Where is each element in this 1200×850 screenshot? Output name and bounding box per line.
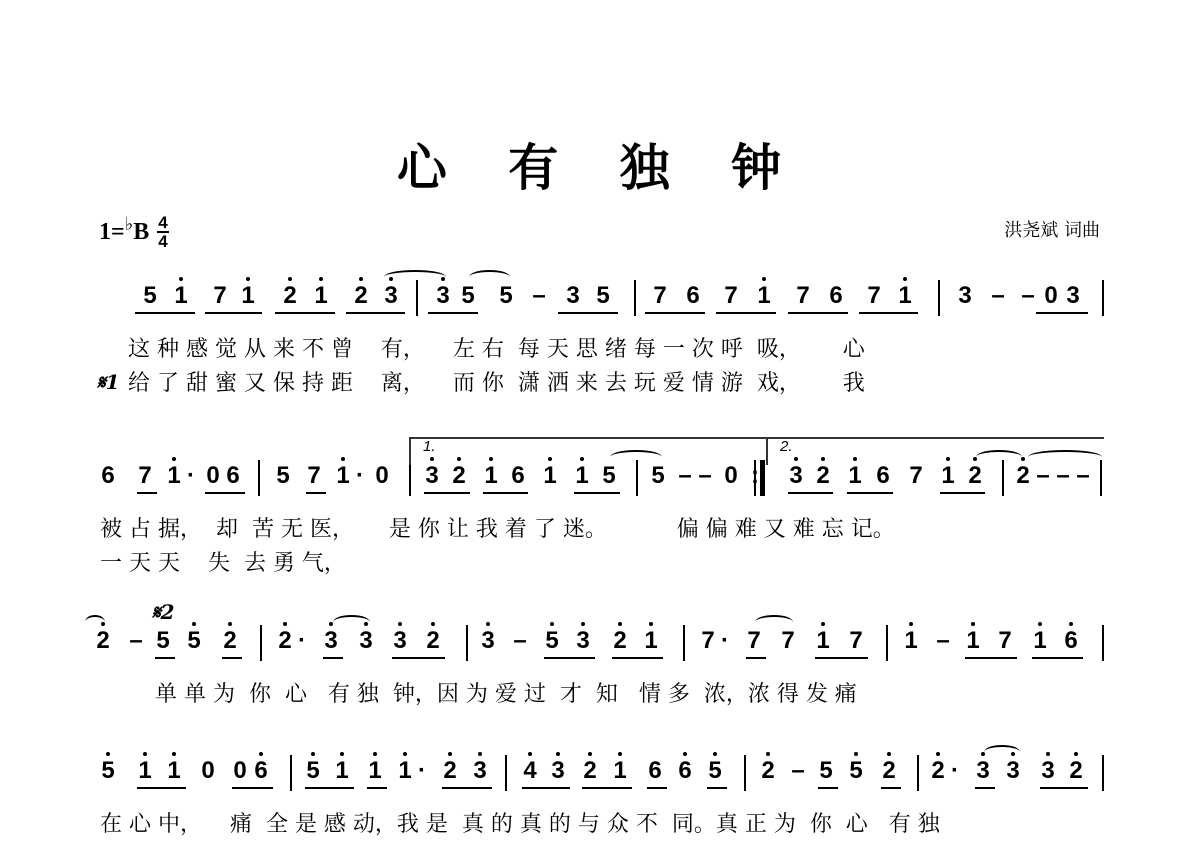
beam-underline bbox=[323, 657, 343, 659]
beam-underline bbox=[1032, 657, 1083, 659]
octave-dot bbox=[283, 622, 287, 626]
jianpu-note: 2 bbox=[879, 757, 899, 785]
octave-dot bbox=[478, 752, 482, 756]
jianpu-note: 3 bbox=[548, 757, 568, 785]
jianpu-note: 2 bbox=[1066, 757, 1086, 785]
barline bbox=[754, 460, 756, 496]
time-signature: 4 4 bbox=[157, 214, 168, 250]
jianpu-note: 4 bbox=[520, 757, 540, 785]
octave-dot bbox=[319, 277, 323, 281]
jianpu-note: 3 bbox=[390, 627, 410, 655]
beam-underline bbox=[232, 787, 273, 789]
octave-dot bbox=[1074, 752, 1078, 756]
jianpu-note: 1 bbox=[963, 627, 983, 655]
dot-extension: · bbox=[412, 757, 432, 785]
beam-underline bbox=[205, 312, 262, 314]
jianpu-note: 6 bbox=[98, 462, 118, 490]
beam-underline bbox=[483, 492, 528, 494]
beam-underline bbox=[428, 312, 478, 314]
dot-extension: · bbox=[945, 757, 965, 785]
jianpu-note: 7 bbox=[846, 627, 866, 655]
slur-tie bbox=[755, 615, 793, 629]
jianpu-note: 7 bbox=[304, 462, 324, 490]
jianpu-note: 2 bbox=[220, 627, 240, 655]
beam-underline bbox=[1036, 312, 1088, 314]
slur-tie bbox=[384, 270, 446, 284]
barline bbox=[505, 755, 507, 791]
jianpu-note: 6 bbox=[873, 462, 893, 490]
octave-dot bbox=[340, 752, 344, 756]
octave-dot bbox=[683, 752, 687, 756]
jianpu-note: 1 bbox=[641, 627, 661, 655]
jianpu-note: 1 bbox=[845, 462, 865, 490]
beam-underline bbox=[582, 787, 632, 789]
jianpu-note: 3 bbox=[786, 462, 806, 490]
key-prefix: 1= bbox=[99, 219, 125, 246]
octave-dot bbox=[106, 752, 110, 756]
jianpu-note: 0 bbox=[203, 462, 223, 490]
jianpu-note: 7 bbox=[744, 627, 764, 655]
beam-underline bbox=[558, 312, 618, 314]
jianpu-note: 7 bbox=[864, 282, 884, 310]
barline bbox=[1002, 460, 1004, 496]
jianpu-note: 1 bbox=[754, 282, 774, 310]
dash-note: – bbox=[529, 282, 549, 310]
beam-underline bbox=[392, 657, 445, 659]
jianpu-note: 3 bbox=[563, 282, 583, 310]
barline bbox=[1100, 460, 1102, 496]
octave-dot bbox=[762, 277, 766, 281]
beam-underline bbox=[818, 787, 838, 789]
jianpu-note: 5 bbox=[184, 627, 204, 655]
barline bbox=[466, 625, 468, 661]
beam-underline bbox=[424, 492, 470, 494]
beam-underline bbox=[306, 492, 326, 494]
octave-dot bbox=[550, 622, 554, 626]
dash-note: – bbox=[1033, 462, 1053, 490]
jianpu-note: 5 bbox=[542, 627, 562, 655]
beam-underline bbox=[965, 657, 1017, 659]
beam-underline bbox=[746, 657, 766, 659]
dot-extension: · bbox=[292, 627, 312, 655]
segno-icon: 𝄋2 bbox=[152, 600, 175, 624]
jianpu-note: 1 bbox=[938, 462, 958, 490]
slur-tie bbox=[333, 615, 370, 629]
dash-note: – bbox=[1018, 282, 1038, 310]
octave-dot bbox=[556, 752, 560, 756]
jianpu-note: 0 bbox=[1041, 282, 1061, 310]
jianpu-note: 2 bbox=[440, 757, 460, 785]
beam-underline bbox=[442, 787, 492, 789]
jianpu-note: 7 bbox=[778, 627, 798, 655]
jianpu-note: 5 bbox=[846, 757, 866, 785]
jianpu-note: 2 bbox=[965, 462, 985, 490]
barline bbox=[938, 280, 940, 316]
octave-dot bbox=[373, 752, 377, 756]
jianpu-note: 3 bbox=[356, 627, 376, 655]
jianpu-note: 7 bbox=[135, 462, 155, 490]
dash-note: – bbox=[1053, 462, 1073, 490]
lyric-line: 单 单 为 你 心 有 独 钟，因 为 爱 过 才 知 情 多 浓，浓 得 发 … bbox=[155, 677, 857, 708]
octave-dot bbox=[143, 752, 147, 756]
key-signature: 1= ♭ B 4 4 bbox=[99, 214, 169, 250]
octave-dot bbox=[903, 277, 907, 281]
jianpu-note: 6 bbox=[826, 282, 846, 310]
jianpu-note: 1 bbox=[238, 282, 258, 310]
segno-icon: 𝄋1 bbox=[97, 370, 120, 394]
octave-dot bbox=[172, 457, 176, 461]
octave-dot bbox=[228, 622, 232, 626]
jianpu-note: 6 bbox=[683, 282, 703, 310]
barline bbox=[886, 625, 888, 661]
octave-dot bbox=[246, 277, 250, 281]
octave-dot bbox=[259, 752, 263, 756]
jianpu-note: 3 bbox=[1003, 757, 1023, 785]
jianpu-note: 7 bbox=[793, 282, 813, 310]
barline bbox=[744, 755, 746, 791]
jianpu-note: 3 bbox=[422, 462, 442, 490]
barline bbox=[290, 755, 292, 791]
barline bbox=[409, 460, 411, 496]
barline bbox=[917, 755, 919, 791]
jianpu-note: 6 bbox=[645, 757, 665, 785]
jianpu-note: 2 bbox=[93, 627, 113, 655]
octave-dot bbox=[359, 277, 363, 281]
jianpu-note: 0 bbox=[372, 462, 392, 490]
jianpu-note: 6 bbox=[251, 757, 271, 785]
octave-dot bbox=[448, 752, 452, 756]
jianpu-note: 1 bbox=[901, 627, 921, 655]
octave-dot bbox=[971, 622, 975, 626]
octave-dot bbox=[1046, 752, 1050, 756]
jianpu-note: 7 bbox=[721, 282, 741, 310]
lyric-line: 这 种 感 觉 从 来 不 曾 有， 左 右 每 天 思 绪 每 一 次 呼 吸… bbox=[128, 332, 865, 363]
octave-dot bbox=[1038, 622, 1042, 626]
octave-dot bbox=[713, 752, 717, 756]
time-numerator: 4 bbox=[157, 214, 168, 233]
beam-underline bbox=[137, 787, 186, 789]
jianpu-note: 6 bbox=[223, 462, 243, 490]
jianpu-note: 5 bbox=[458, 282, 478, 310]
dash-note: – bbox=[788, 757, 808, 785]
beam-underline bbox=[135, 312, 195, 314]
octave-dot bbox=[618, 622, 622, 626]
jianpu-note: 3 bbox=[433, 282, 453, 310]
barline bbox=[260, 625, 262, 661]
jianpu-note: 5 bbox=[599, 462, 619, 490]
jianpu-note: 2 bbox=[351, 282, 371, 310]
beam-underline bbox=[346, 312, 405, 314]
jianpu-note: 3 bbox=[1038, 757, 1058, 785]
octave-dot bbox=[618, 752, 622, 756]
jianpu-note: 2 bbox=[423, 627, 443, 655]
jianpu-note: 1 bbox=[1030, 627, 1050, 655]
beam-underline bbox=[788, 492, 833, 494]
slur-tie bbox=[469, 270, 510, 284]
jianpu-note: 7 bbox=[210, 282, 230, 310]
jianpu-note: 2 bbox=[449, 462, 469, 490]
jianpu-note: 0 bbox=[198, 757, 218, 785]
jianpu-note: 1 bbox=[610, 757, 630, 785]
dash-note: – bbox=[126, 627, 146, 655]
octave-dot bbox=[528, 752, 532, 756]
repeat-barline bbox=[760, 460, 765, 496]
jianpu-note: 1 bbox=[171, 282, 191, 310]
volta-label: 2. bbox=[780, 438, 793, 455]
jianpu-note: 5 bbox=[273, 462, 293, 490]
jianpu-note: 1 bbox=[895, 282, 915, 310]
octave-dot bbox=[288, 277, 292, 281]
octave-dot bbox=[649, 622, 653, 626]
jianpu-note: 7 bbox=[995, 627, 1015, 655]
author-credit: 洪尧斌 词曲 bbox=[1004, 216, 1100, 242]
beam-underline bbox=[881, 787, 901, 789]
jianpu-note: 7 bbox=[650, 282, 670, 310]
dash-note: – bbox=[510, 627, 530, 655]
octave-dot bbox=[909, 622, 913, 626]
volta-label: 1. bbox=[423, 438, 436, 455]
beam-underline bbox=[544, 657, 595, 659]
jianpu-note: 1 bbox=[365, 757, 385, 785]
jianpu-note: 3 bbox=[573, 627, 593, 655]
octave-dot bbox=[192, 622, 196, 626]
beam-underline bbox=[205, 492, 245, 494]
barline bbox=[1102, 280, 1104, 316]
jianpu-note: 3 bbox=[973, 757, 993, 785]
beam-underline bbox=[940, 492, 985, 494]
beam-underline bbox=[716, 312, 776, 314]
jianpu-note: 3 bbox=[470, 757, 490, 785]
jianpu-note: 1 bbox=[135, 757, 155, 785]
barline bbox=[634, 280, 636, 316]
octave-dot bbox=[486, 622, 490, 626]
dot-extension: · bbox=[715, 627, 735, 655]
octave-dot bbox=[403, 752, 407, 756]
beam-underline bbox=[522, 787, 570, 789]
jianpu-note: 3 bbox=[381, 282, 401, 310]
jianpu-note: 1 bbox=[813, 627, 833, 655]
jianpu-note: 3 bbox=[478, 627, 498, 655]
octave-dot bbox=[311, 752, 315, 756]
key-note: B bbox=[133, 219, 149, 246]
beam-underline bbox=[222, 657, 242, 659]
beam-underline bbox=[859, 312, 918, 314]
jianpu-note: 6 bbox=[675, 757, 695, 785]
barline bbox=[636, 460, 638, 496]
beam-underline bbox=[367, 787, 387, 789]
dash-note: – bbox=[933, 627, 953, 655]
barline bbox=[258, 460, 260, 496]
barline bbox=[1102, 625, 1104, 661]
octave-dot bbox=[398, 622, 402, 626]
beam-underline bbox=[788, 312, 848, 314]
jianpu-note: 1 bbox=[540, 462, 560, 490]
barline bbox=[1102, 755, 1104, 791]
jianpu-note: 2 bbox=[1013, 462, 1033, 490]
octave-dot bbox=[821, 622, 825, 626]
beam-underline bbox=[137, 492, 157, 494]
beam-underline bbox=[847, 492, 893, 494]
lyric-line: 给 了 甜 蜜 又 保 持 距 离， 而 你 潇 洒 来 去 玩 爱 情 游 戏… bbox=[128, 366, 865, 397]
lyric-line: 在 心 中， 痛 全 是 感 动，我 是 真 的 真 的 与 众 不 同。真 正… bbox=[100, 807, 940, 838]
beam-underline bbox=[155, 657, 175, 659]
jianpu-note: 5 bbox=[705, 757, 725, 785]
jianpu-note: 2 bbox=[610, 627, 630, 655]
dash-note: – bbox=[695, 462, 715, 490]
jianpu-note: 1 bbox=[481, 462, 501, 490]
beam-underline bbox=[612, 657, 663, 659]
octave-dot bbox=[172, 752, 176, 756]
beam-underline bbox=[1040, 787, 1088, 789]
octave-dot bbox=[431, 622, 435, 626]
jianpu-note: 2 bbox=[758, 757, 778, 785]
dash-note: – bbox=[988, 282, 1008, 310]
jianpu-note: 5 bbox=[98, 757, 118, 785]
jianpu-note: 5 bbox=[153, 627, 173, 655]
beam-underline bbox=[707, 787, 727, 789]
beam-underline bbox=[645, 312, 705, 314]
octave-dot bbox=[581, 622, 585, 626]
jianpu-note: 0 bbox=[230, 757, 250, 785]
jianpu-note: 3 bbox=[321, 627, 341, 655]
beam-underline bbox=[275, 312, 335, 314]
octave-dot bbox=[766, 752, 770, 756]
jianpu-note: 2 bbox=[813, 462, 833, 490]
beam-underline bbox=[815, 657, 868, 659]
jianpu-note: 7 bbox=[906, 462, 926, 490]
dot-extension: · bbox=[350, 462, 370, 490]
jianpu-note: 2 bbox=[280, 282, 300, 310]
beam-underline bbox=[975, 787, 995, 789]
jianpu-note: 5 bbox=[303, 757, 323, 785]
octave-dot bbox=[936, 752, 940, 756]
octave-dot bbox=[854, 752, 858, 756]
jianpu-note: 5 bbox=[140, 282, 160, 310]
jianpu-note: 1 bbox=[572, 462, 592, 490]
dot-extension: · bbox=[181, 462, 201, 490]
dash-note: – bbox=[675, 462, 695, 490]
octave-dot bbox=[1069, 622, 1073, 626]
octave-dot bbox=[179, 277, 183, 281]
jianpu-note: 1 bbox=[311, 282, 331, 310]
jianpu-note: 5 bbox=[816, 757, 836, 785]
beam-underline bbox=[574, 492, 620, 494]
barline bbox=[683, 625, 685, 661]
jianpu-note: 6 bbox=[1061, 627, 1081, 655]
beam-underline bbox=[647, 787, 667, 789]
jianpu-note: 1 bbox=[164, 757, 184, 785]
jianpu-note: 5 bbox=[648, 462, 668, 490]
volta-bracket bbox=[409, 437, 767, 465]
barline bbox=[416, 280, 418, 316]
jianpu-note: 5 bbox=[496, 282, 516, 310]
jianpu-note: 3 bbox=[955, 282, 975, 310]
lyric-line: 一 天 天 失 去 勇 气， bbox=[100, 546, 346, 577]
slur-tie bbox=[984, 745, 1020, 759]
beam-underline bbox=[305, 787, 354, 789]
lyric-line: 被 占 据， 却 苦 无 医， 是 你 让 我 着 了 迷。 偏 偏 难 又 难… bbox=[100, 512, 895, 543]
jianpu-note: 5 bbox=[593, 282, 613, 310]
volta-bracket bbox=[766, 437, 1104, 465]
dash-note: – bbox=[1073, 462, 1093, 490]
octave-dot bbox=[588, 752, 592, 756]
jianpu-note: 2 bbox=[580, 757, 600, 785]
slur-tie bbox=[85, 615, 105, 629]
jianpu-note: 3 bbox=[1063, 282, 1083, 310]
jianpu-note: 1 bbox=[332, 757, 352, 785]
song-title: 心 有 独 钟 bbox=[0, 128, 1200, 200]
octave-dot bbox=[341, 457, 345, 461]
jianpu-note: 0 bbox=[721, 462, 741, 490]
time-denominator: 4 bbox=[158, 233, 167, 250]
octave-dot bbox=[887, 752, 891, 756]
flat-icon: ♭ bbox=[125, 214, 134, 235]
jianpu-note: 6 bbox=[508, 462, 528, 490]
